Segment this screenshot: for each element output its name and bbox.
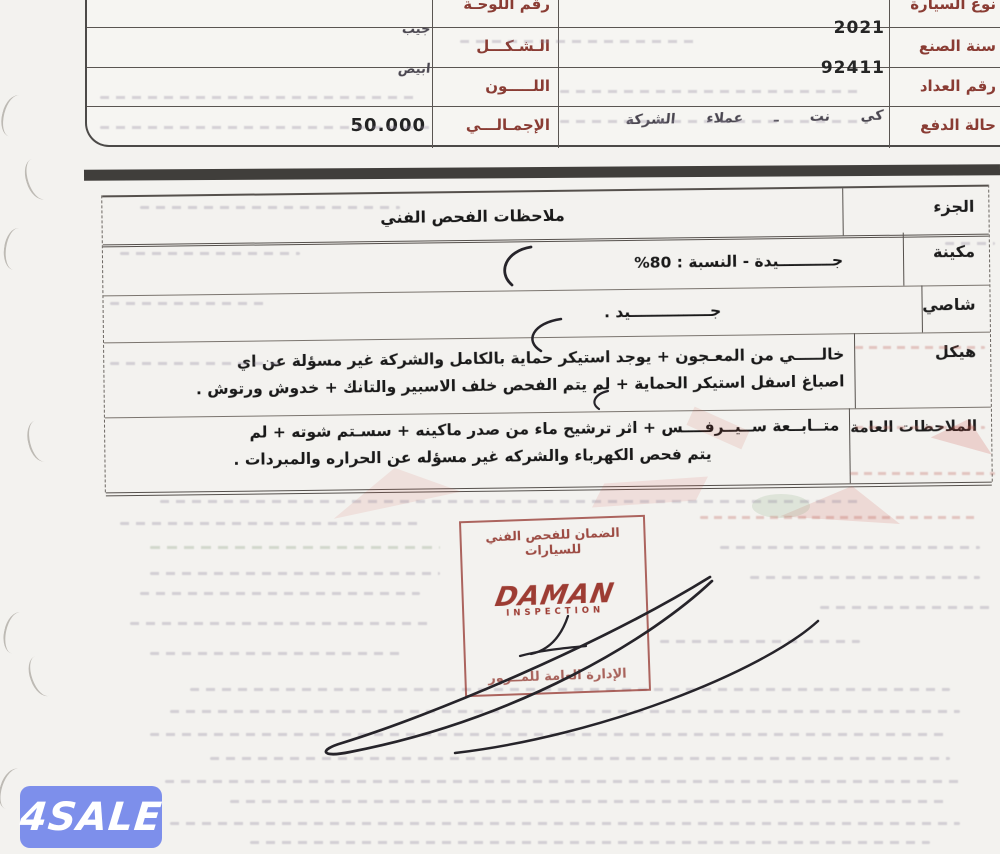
empty-cell <box>87 68 432 106</box>
bleedthrough-line <box>150 652 400 655</box>
car-type-cell: نوع السيارة <box>889 0 1000 27</box>
table-row: اللـــــون رقم العداد <box>87 67 1000 106</box>
bleedthrough-line <box>750 576 980 579</box>
engine-part-cell: مكينة <box>903 232 990 286</box>
general-part-cell: الملاحظات العامة <box>849 407 992 484</box>
engine-label: مكينة <box>904 232 989 262</box>
table-row: 50.000 الإجمـالـــي كي نت ـ عملاء الشركة… <box>87 106 1000 148</box>
odometer-cell: رقم العداد <box>889 68 1000 106</box>
bleedthrough-line <box>170 710 960 713</box>
total-label: الإجمـالـــي <box>433 107 558 134</box>
payment-status-cell: حالة الدفع <box>889 107 1000 148</box>
bleedthrough-line <box>150 733 950 736</box>
year-value-cell: 2021 <box>558 0 889 27</box>
bleedthrough-line <box>170 822 960 825</box>
color-label-cell: اللـــــون <box>432 68 558 106</box>
binding-mark <box>0 93 31 140</box>
chassis-part-cell: شاصي <box>921 285 990 333</box>
binding-mark <box>1 227 31 272</box>
bleedthrough-line <box>150 572 440 575</box>
total-value-cell: 50.000 <box>87 107 432 148</box>
binding-mark <box>20 155 56 202</box>
meter-value-cell: 92411 <box>558 28 889 67</box>
table-row: جيب رقم اللوحـة 2021 نوع السيارة <box>87 0 1000 27</box>
4sale-logo-text: 4SALE <box>18 795 165 840</box>
general-notes-row: متــابــعة ســيــرفــــس + اثر ترشيح ماء… <box>105 407 992 497</box>
bleedthrough-line <box>160 500 860 503</box>
section-divider-bar <box>84 164 1000 181</box>
bleedthrough-line <box>820 606 990 609</box>
stamp-title: الضمان للفحص الفني للسيارات <box>461 524 644 560</box>
body-notes-cell: خالـــــي من المعـجون + يوجد استيكر حماي… <box>104 333 855 417</box>
plate-label-cell: رقم اللوحـة <box>432 0 558 27</box>
inspection-stamp: الضمان للفحص الفني للسيارات DAMAN INSPEC… <box>459 515 651 697</box>
notes-header-label: ملاحظات الفحص الفني <box>380 202 565 231</box>
empty-cell <box>558 68 889 106</box>
chassis-note: جـــــــــــــــيد . <box>604 302 721 321</box>
odometer-label: رقم العداد <box>890 68 1000 95</box>
car-type-label: نوع السيارة <box>890 0 1000 13</box>
bleedthrough-line <box>150 546 440 549</box>
shape-label: الـشـكـــل <box>433 28 558 55</box>
vehicle-data-table: جيب رقم اللوحـة 2021 نوع السيارة ابيض ال… <box>85 0 1000 147</box>
inspection-notes-table: ملاحظات الفحص الفني الجزء جــــــــــيدة… <box>101 185 993 493</box>
color-label: اللـــــون <box>433 68 558 95</box>
part-header-label: الجزء <box>843 187 988 218</box>
manufacture-year-cell: سنة الصنع <box>889 28 1000 67</box>
green-watermark-shape <box>752 494 810 518</box>
bleedthrough-line <box>700 516 980 519</box>
part-header-cell: الجزء <box>842 187 989 236</box>
binding-mark <box>0 610 32 656</box>
total-value: 50.000 <box>351 115 426 136</box>
table-row: ابيض الـشـكـــل 92411 سنة الصنع <box>87 27 1000 67</box>
bleedthrough-line <box>210 757 950 760</box>
general-notes-label: الملاحظات العامة <box>850 407 991 437</box>
total-label-cell: الإجمـالـــي <box>432 107 558 148</box>
engine-notes-cell: جــــــــــيدة - النسبة : 80% <box>103 233 904 296</box>
plate-value-cell: جيب <box>87 0 432 27</box>
plate-number-label: رقم اللوحـة <box>433 0 558 13</box>
bleedthrough-line <box>140 592 420 595</box>
bleedthrough-line <box>720 546 980 549</box>
stamp-footer: الإدارة العامة للمــرور <box>466 666 648 687</box>
binding-mark <box>23 418 56 465</box>
body-row: خالـــــي من المعـجون + يوجد استيكر حماي… <box>104 332 991 419</box>
manufacture-year-label: سنة الصنع <box>890 28 1000 55</box>
red-watermark-shape <box>780 486 900 524</box>
4sale-logo: 4SALE <box>20 786 162 848</box>
bleedthrough-line <box>230 800 950 803</box>
scanned-inspection-report: { "top_table": { "rows": [ {"right_label… <box>0 0 1000 854</box>
bleedthrough-line <box>660 640 860 643</box>
chassis-label: شاصي <box>922 285 990 315</box>
body-label: هيكل <box>855 332 990 363</box>
payment-handwritten-value: كي نت ـ عملاء الشركة <box>625 108 884 128</box>
payment-value-cell: كي نت ـ عملاء الشركة <box>558 107 889 148</box>
binding-mark <box>24 652 61 700</box>
shape-label-cell: الـشـكـــل <box>432 28 558 67</box>
bleedthrough-line <box>130 622 430 625</box>
body-part-cell: هيكل <box>854 332 991 409</box>
bleedthrough-line <box>250 841 930 844</box>
bleedthrough-line <box>120 522 420 525</box>
engine-note: جــــــــــيدة - النسبة : 80% <box>634 251 843 272</box>
payment-status-label: حالة الدفع <box>890 107 1000 134</box>
shape-value-cell: ابيض <box>87 28 432 67</box>
bleedthrough-line <box>165 780 965 783</box>
general-notes-cell: متــابــعة ســيــرفــــس + اثر ترشيح ماء… <box>105 408 850 492</box>
